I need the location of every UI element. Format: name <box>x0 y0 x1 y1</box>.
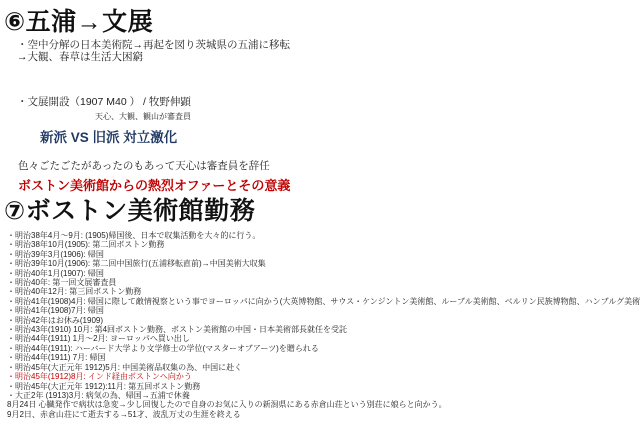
timeline-item: ・大正2年 (1913)3月: 病気の為、帰国→五浦で休養 <box>7 391 637 400</box>
timeline-item: 8月24日 心臓発作で病状は急変→少し回復したので自身のお気に入りの新潟県にある… <box>7 400 637 409</box>
timeline-item: ・明治39年3月(1906): 帰国 <box>7 250 637 259</box>
timeline-item: ・明治44年(1911) 1月～2月: ヨーロッパへ買い出し <box>7 334 637 343</box>
timeline-item: ・明治40年12月: 第三回ボストン勤務 <box>7 287 637 296</box>
timeline-item: ・明治42年はお休み(1909) <box>7 316 637 325</box>
timeline-item: ・明治45年(大正元年 1912)5月: 中国美術品収集の為、中国に赴く <box>7 363 637 372</box>
bunten-opening-line: ・文展開設（1907 M40 ） / 牧野伸顕 <box>17 94 191 109</box>
timeline-item: ・明治41年(1908)7月: 帰国 <box>7 306 637 315</box>
timeline-item: ・明治44年(1911) 7月: 帰国 <box>7 353 637 362</box>
timeline-list: ・明治38年4月～9月: (1905)帰国後、日本で収集活動を大々的に行う。・明… <box>7 231 637 419</box>
timeline-item: ・明治45年(大正元年 1912):11月: 第五回ボストン勤務 <box>7 382 637 391</box>
slide-page: ⑥五浦→文展 ・空中分解の日本美術院→再起を図り茨城県の五浦に移転 →大観、春草… <box>0 0 640 447</box>
timeline-item: ・明治41年(1908)4月: 帰国に際して敵情視察という事でヨーロッパに向かう… <box>7 297 637 306</box>
timeline-item: ・明治38年4月～9月: (1905)帰国後、日本で収集活動を大々的に行う。 <box>7 231 637 240</box>
boston-offer-highlight: ボストン美術館からの熱烈オファーとその意義 <box>18 175 290 194</box>
timeline-item: ・明治44年(1911): ハーバード大学より文学修士の学位(マスターオブアーツ… <box>7 344 637 353</box>
section6-title: ⑥五浦→文展 <box>4 8 153 37</box>
section7-title: ⑦ボストン美術館勤務 <box>4 197 255 226</box>
timeline-item: 9月2日、赤倉山荘にて逝去する→51才、波乱万丈の生涯を終える <box>7 410 637 419</box>
timeline-item: ・明治38年10月(1905): 第二回ボストン勤務 <box>7 240 637 249</box>
timeline-item: ・明治45年(1912)8月: インド経由ボストンへ向かう <box>7 372 637 381</box>
timeline-item: ・明治39年10月(1906): 第二回中国旅行(五浦移転直前)→中国美術大収集 <box>7 259 637 268</box>
resignation-note: 色々ごたごたがあったのもあって天心は審査員を辞任 <box>18 158 270 173</box>
judges-note: 天心、大観、観山が審査員 <box>95 111 191 122</box>
timeline-item: ・明治40年1月(1907): 帰国 <box>7 269 637 278</box>
section6-bullet-text: ・空中分解の日本美術院→再起を図り茨城県の五浦に移転 →大観、春草は生活大困窮 <box>17 40 290 63</box>
shinpa-vs-kyuha-highlight: 新派 VS 旧派 対立激化 <box>40 126 177 146</box>
